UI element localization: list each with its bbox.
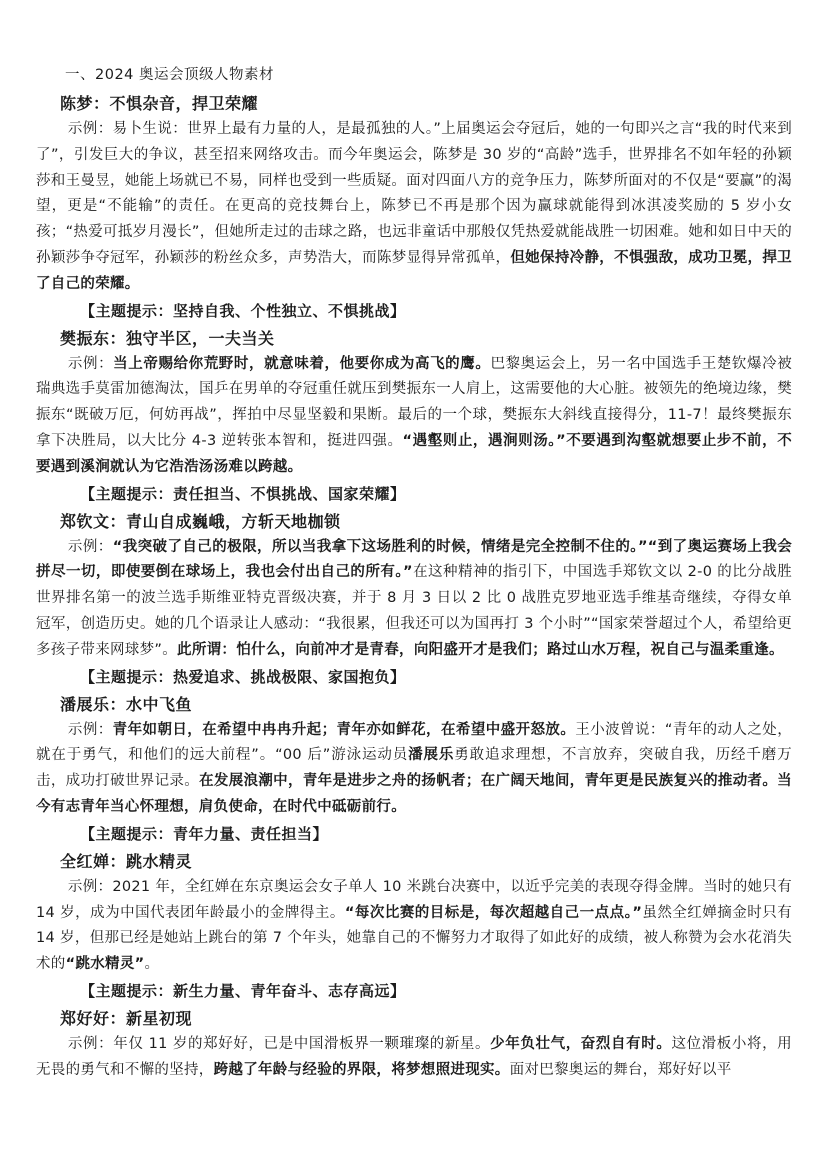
example-paragraph: 示例：易卜生说：世界上最有力量的人，是最孤独的人。”上届奥运会夺冠后，她的一句即…: [36, 117, 792, 298]
text-run: 潘展乐: [408, 747, 454, 763]
text-run: 此所谓：怕什么，向前冲才是青春，向阳盛开才是我们；路过山水万程，祝自己与温柔重逢…: [177, 642, 784, 658]
text-run: “每次比赛的目标是，每次超越自己一点点。”: [345, 905, 642, 921]
text-run: 面对巴黎奥运的舞台，郑好好以平: [510, 1062, 732, 1078]
athlete-heading: 全红婵：跳水精灵: [36, 848, 792, 875]
example-paragraph: 示例：2021 年，全红婵在东京奥运会女子单人 10 米跳台决赛中，以近乎完美的…: [36, 875, 792, 978]
theme-hint: 【主题提示：热爱追求、挑战极限、家国抱负】: [36, 664, 792, 691]
document-page: 一、2024 奥运会顶级人物素材 陈梦：不惧杂音，捍卫荣耀示例：易卜生说：世界上…: [36, 62, 792, 1084]
text-run: 跨越了年龄与经验的界限，将梦想照进现实。: [214, 1062, 510, 1078]
example-paragraph: 示例：年仅 11 岁的郑好好，已是中国滑板界一颗璀璨的新星。少年负壮气，奋烈自有…: [36, 1032, 792, 1084]
text-run: 少年负壮气，奋烈自有时。: [490, 1036, 671, 1052]
example-paragraph: 示例：“我突破了自己的极限，所以当我拿下这场胜利的时候，情绪是完全控制不住的。”…: [36, 535, 792, 664]
athlete-section: 全红婵：跳水精灵示例：2021 年，全红婵在东京奥运会女子单人 10 米跳台决赛…: [36, 848, 792, 1005]
text-run: 示例：易卜生说：世界上最有力量的人，是最孤独的人。”上届奥运会夺冠后，她的一句即…: [36, 121, 792, 266]
text-run: 示例：: [68, 539, 113, 555]
example-paragraph: 示例：当上帝赐给你荒野时，就意味着，他要你成为高飞的鹰。巴黎奥运会上，另一名中国…: [36, 352, 792, 481]
theme-hint: 【主题提示：坚持自我、个性独立、不惧挑战】: [36, 298, 792, 325]
athlete-heading: 郑钦文：青山自成巍峨，方斩天地枷锁: [36, 508, 792, 535]
athlete-section: 郑钦文：青山自成巍峨，方斩天地枷锁示例：“我突破了自己的极限，所以当我拿下这场胜…: [36, 508, 792, 691]
text-run: 青年如朝日，在希望中冉冉升起；青年亦如鲜花，在希望中盛开怒放。: [113, 722, 576, 738]
text-run: 当上帝赐给你荒野时，就意味着，他要你成为高飞的鹰。: [113, 356, 490, 372]
athlete-section: 郑好好：新星初现示例：年仅 11 岁的郑好好，已是中国滑板界一颗璀璨的新星。少年…: [36, 1005, 792, 1084]
athlete-section: 陈梦：不惧杂音，捍卫荣耀示例：易卜生说：世界上最有力量的人，是最孤独的人。”上届…: [36, 90, 792, 325]
text-run: 示例：: [68, 722, 113, 738]
text-run: 示例：年仅 11 岁的郑好好，已是中国滑板界一颗璀璨的新星。: [68, 1036, 490, 1052]
athlete-heading: 潘展乐：水中飞鱼: [36, 691, 792, 718]
theme-hint: 【主题提示：新生力量、青年奋斗、志存高远】: [36, 978, 792, 1005]
text-run: 示例：: [68, 356, 113, 372]
document-title: 一、2024 奥运会顶级人物素材: [36, 62, 792, 88]
athlete-heading: 樊振东：独守半区，一夫当关: [36, 325, 792, 352]
athlete-heading: 陈梦：不惧杂音，捍卫荣耀: [36, 90, 792, 117]
sections-container: 陈梦：不惧杂音，捍卫荣耀示例：易卜生说：世界上最有力量的人，是最孤独的人。”上届…: [36, 90, 792, 1084]
theme-hint: 【主题提示：责任担当、不惧挑战、国家荣耀】: [36, 481, 792, 508]
athlete-section: 樊振东：独守半区，一夫当关示例：当上帝赐给你荒野时，就意味着，他要你成为高飞的鹰…: [36, 325, 792, 508]
athlete-heading: 郑好好：新星初现: [36, 1005, 792, 1032]
example-paragraph: 示例：青年如朝日，在希望中冉冉升起；青年亦如鲜花，在希望中盛开怒放。王小波曾说：…: [36, 718, 792, 821]
text-run: “跳水精灵”: [66, 956, 145, 972]
athlete-section: 潘展乐：水中飞鱼示例：青年如朝日，在希望中冉冉升起；青年亦如鲜花，在希望中盛开怒…: [36, 691, 792, 848]
text-run: 。: [144, 956, 159, 972]
theme-hint: 【主题提示：青年力量、责任担当】: [36, 821, 792, 848]
